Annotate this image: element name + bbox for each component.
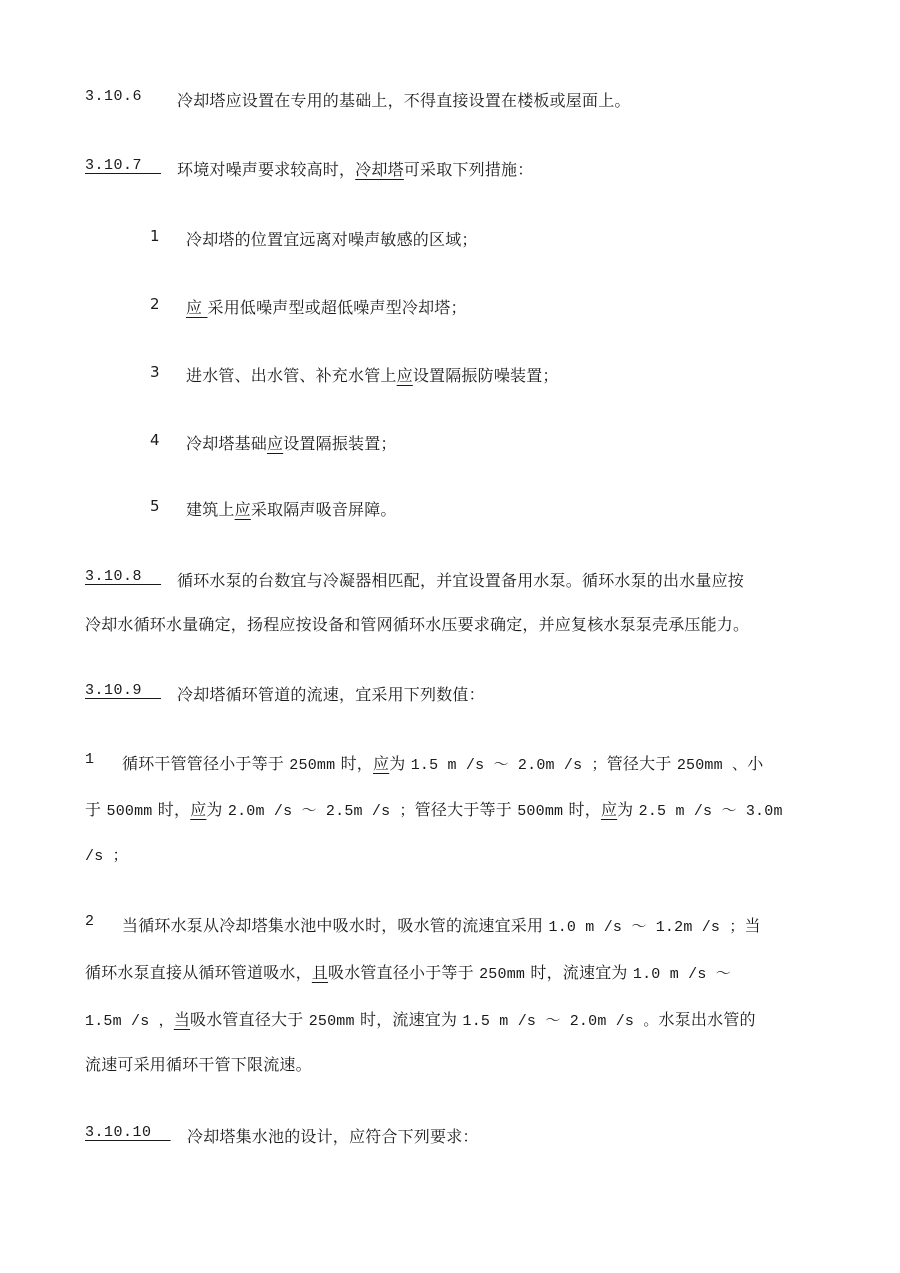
text: 为: [389, 754, 411, 773]
text: 水泵出水管的: [659, 1010, 756, 1029]
section-text: 冷却塔集水池的设计，应符合下列要求：: [187, 1124, 479, 1147]
underlined-term: 当: [174, 1010, 190, 1029]
text: 循环水泵直接从循环管道吸水，: [85, 963, 312, 982]
text: 吸水管直径大于: [190, 1010, 309, 1029]
underlined-term: 应: [373, 754, 389, 773]
text: 时，: [335, 754, 373, 773]
value: 2.0m /s ～ 2.5m /s ；: [228, 803, 415, 820]
text-before: 环境对噪声要求较高时，: [177, 160, 355, 179]
section-number: 3.10.7: [85, 157, 161, 174]
value: 2.5 m /s ～ 3.0m: [639, 803, 783, 820]
text-after: 可采取下列措施：: [404, 160, 534, 179]
text: 采用低噪声型或超低噪声型冷却塔；: [208, 298, 467, 317]
text: 设置隔振装置；: [283, 434, 396, 453]
text: 管径大于等于: [415, 800, 518, 819]
section-number: 3.10.9: [85, 682, 161, 699]
underlined-term: 且: [312, 963, 328, 982]
text-before: 进水管、出水管、补充水管上: [186, 366, 397, 385]
section-text: 冷却塔循环管道的流速，宜采用下列数值：: [177, 682, 485, 705]
item-text: 应 采用低噪声型或超低噪声型冷却塔；: [186, 295, 467, 318]
item-text: 建筑上应采取隔声吸音屏障。: [186, 497, 397, 520]
item-line-2: 于 500mm 时，应为 2.0m /s ～ 2.5m /s ；管径大于等于 5…: [85, 797, 783, 820]
item-index: 1: [85, 751, 94, 768]
item-index: 5: [150, 497, 160, 515]
value: 500mm: [107, 803, 153, 820]
item-index: 4: [150, 431, 160, 449]
section-number: 3.10.10: [85, 1124, 171, 1141]
value: 1.5 m /s ～ 2.0m /s ；: [411, 757, 607, 774]
section-number: 3.10.8: [85, 568, 161, 585]
item-index: 1: [150, 227, 160, 245]
value: 1.0 m /s ～ 1.2m /s ；: [549, 919, 745, 936]
text-before: 冷却塔基础: [186, 434, 267, 453]
value: 250mm: [479, 966, 525, 983]
text: 时，流速宜为: [525, 963, 633, 982]
item-index: 3: [150, 363, 160, 381]
section-text-line-1: 循环水泵的台数宜与冷凝器相匹配，并宜设置备用水泵。循环水泵的出水量应按: [177, 568, 744, 591]
section-text-line-2: 冷却水循环水量确定，扬程应按设备和管网循环水压要求确定，并应复核水泵泵壳承压能力…: [85, 612, 749, 635]
item-text: 进水管、出水管、补充水管上应设置隔振防噪装置；: [186, 363, 559, 386]
text: 管径大于: [607, 754, 677, 773]
value: 250mm: [289, 757, 335, 774]
section-text: 环境对噪声要求较高时，冷却塔可采取下列措施：: [177, 157, 533, 180]
underlined-term: 冷却塔: [355, 160, 404, 179]
underlined-term: 应: [235, 500, 251, 519]
underlined-term: 应: [601, 800, 617, 819]
text: 时，: [563, 800, 601, 819]
item-index: 2: [85, 913, 94, 930]
underlined-term: 应: [397, 366, 413, 385]
value: 250mm: [309, 1013, 355, 1030]
text: 时，流速宜为: [355, 1010, 463, 1029]
text: 当: [745, 916, 761, 935]
item-line-2: 循环水泵直接从循环管道吸水，且吸水管直径小于等于 250mm 时，流速宜为 1.…: [85, 960, 731, 983]
item-line-1: 当循环水泵从冷却塔集水池中吸水时，吸水管的流速宜采用 1.0 m /s ～ 1.…: [122, 913, 761, 936]
text: 当循环水泵从冷却塔集水池中吸水时，吸水管的流速宜采用: [122, 916, 549, 935]
text: 于: [85, 800, 107, 819]
value: 1.0 m /s ～: [633, 966, 731, 983]
text: 为: [206, 800, 228, 819]
item-line-1: 循环干管管径小于等于 250mm 时，应为 1.5 m /s ～ 2.0m /s…: [122, 751, 763, 774]
value: 250mm 、: [677, 757, 747, 774]
text: 时，: [153, 800, 191, 819]
underlined-term: 应: [186, 298, 208, 317]
text-before: 建筑上: [186, 500, 235, 519]
item-line-4: 流速可采用循环干管下限流速。: [85, 1052, 312, 1075]
text: 设置隔振防噪装置；: [413, 366, 559, 385]
item-text: 冷却塔的位置宜远离对噪声敏感的区域；: [186, 227, 478, 250]
item-line-3: /s ；: [85, 844, 128, 865]
item-text: 冷却塔基础应设置隔振装置；: [186, 431, 397, 454]
section-text: 冷却塔应设置在专用的基础上，不得直接设置在楼板或屋面上。: [177, 88, 631, 111]
text: 为: [617, 800, 639, 819]
underlined-term: 应: [190, 800, 206, 819]
item-index: 2: [150, 295, 160, 313]
text: 采取隔声吸音屏障。: [251, 500, 397, 519]
text: 小: [747, 754, 763, 773]
value: 1.5m /s ，: [85, 1013, 174, 1030]
underlined-term: 应: [267, 434, 283, 453]
text: 循环干管管径小于等于: [122, 754, 289, 773]
text: 吸水管直径小于等于: [328, 963, 479, 982]
item-line-3: 1.5m /s ，当吸水管直径大于 250mm 时，流速宜为 1.5 m /s …: [85, 1007, 756, 1030]
value: 1.5 m /s ～ 2.0m /s 。: [463, 1013, 659, 1030]
section-number: 3.10.6: [85, 88, 142, 105]
value: 500mm: [517, 803, 563, 820]
